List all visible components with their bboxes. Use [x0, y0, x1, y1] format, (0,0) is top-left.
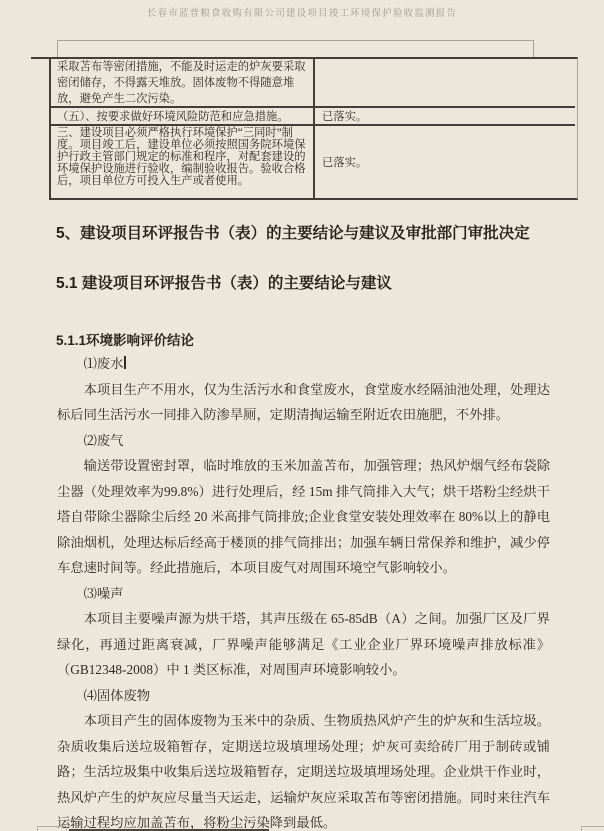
paragraph-solid-waste: 本项目产生的固体废物为玉米中的杂质、生物质热风炉产生的炉灰和生活垃圾。杂质收集后… [57, 708, 550, 831]
table-cell-measure-3: 三、建设项目必须严格执行环境保护“三同时”制度。项目竣工后，建设单位必须按照国务… [51, 126, 315, 198]
paragraph-waste-gas: 输送带设置密封罩，临时堆放的玉米加盖苫布，加强管理；热风炉烟气经布袋除尘器（处理… [57, 453, 550, 581]
body-text-block: ⑴废水 本项目生产不用水，仅为生活污水和食堂废水，食堂废水经隔油池处理，处理达标… [57, 351, 550, 831]
text-cursor [124, 356, 126, 369]
document-header-title: 长春市蓝普粮食收购有限公司建设项目竣工环境保护验收监测报告 [0, 5, 604, 19]
subsection-label-noise: ⑶噪声 [57, 581, 550, 607]
paragraph-noise: 本项目主要噪声源为烘干塔，其声压级在 65-85dB（A）之间。加强厂区及厂界绿… [57, 606, 550, 683]
table-cell-measure-1: 采取苫布等密闭措施，不能及时运走的炉灰要采取密闭储存，不得露天堆放。固体废物不得… [51, 59, 315, 108]
cutoff-table-fragment-left [37, 826, 67, 831]
document-page: 长春市蓝普粮食收购有限公司建设项目竣工环境保护验收监测报告 采取苫布等密闭措施，… [0, 0, 604, 831]
conclusions-table: 采取苫布等密闭措施，不能及时运走的炉灰要采取密闭储存，不得露天堆放。固体废物不得… [49, 57, 578, 200]
table-border-extension [31, 57, 50, 59]
section-heading-5-1-1: 5.1.1环境影响评价结论 [56, 329, 596, 349]
table-cell-status-2: 已落实。 [315, 108, 575, 126]
subsection-label-solid-waste: ⑷固体废物 [57, 683, 550, 709]
section-heading-5: 5、建设项目环评报告书（表）的主要结论与建议及审批部门审批决定 [56, 221, 596, 243]
table-cell-measure-2: （五）、按要求做好环境风险防范和应急措施。 [51, 108, 315, 126]
subsection-label-waste-gas: ⑵废气 [57, 428, 550, 454]
subsection-label-wastewater: ⑴废水 [57, 351, 550, 377]
paragraph-wastewater: 本项目生产不用水，仅为生活污水和食堂废水，食堂废水经隔油池处理，处理达标后同生活… [57, 377, 550, 428]
table-cell-status-1 [315, 59, 575, 108]
table-cell-status-3: 已落实。 [315, 126, 575, 198]
section-heading-5-1: 5.1 建设项目环评报告书（表）的主要结论与建议 [56, 271, 596, 293]
cutoff-table-fragment-right [581, 826, 604, 831]
